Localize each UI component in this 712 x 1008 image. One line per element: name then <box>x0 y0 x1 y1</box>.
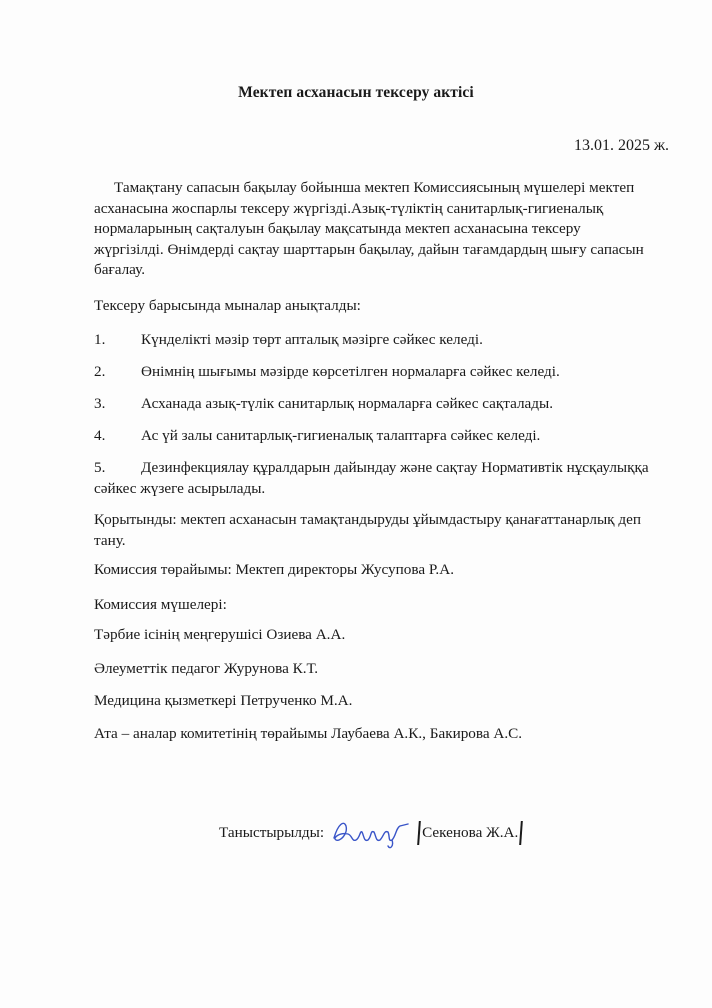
document-date: 13.01. 2025 ж. <box>574 137 669 155</box>
document-page: Мектеп асханасын тексеру актісі 13.01. 2… <box>0 0 712 1008</box>
finding-text: Асханада азық-түлік санитарлық нормаларғ… <box>94 394 654 415</box>
finding-text: Күнделікті мәзір төрт апталық мәзірге сә… <box>94 330 654 351</box>
finding-item: 1. Күнделікті мәзір төрт апталық мәзірге… <box>94 330 654 351</box>
member-line: Тәрбие ісінің меңгерушісі Озиева А.А. <box>94 626 345 644</box>
member-line: Ата – аналар комитетінің төрайымы Лаубае… <box>94 725 522 743</box>
finding-number: 5. <box>94 458 105 479</box>
finding-text: Өнімнің шығымы мәзірде көрсетілген норма… <box>94 362 654 383</box>
acknowledgement-row: Таныстырылды: Секенова Ж.А. <box>219 816 524 850</box>
finding-number: 2. <box>94 362 105 383</box>
findings-heading: Тексеру барысында мыналар анықталды: <box>94 296 654 317</box>
finding-text: Ас үй залы санитарлық-гигиеналық талапта… <box>94 426 654 447</box>
finding-item: 4. Ас үй залы санитарлық-гигиеналық тала… <box>94 426 654 447</box>
signature-stroke <box>417 821 421 845</box>
finding-item: 5. Дезинфекциялау құралдарын дайындау жә… <box>94 458 654 499</box>
signature-stroke <box>519 821 523 845</box>
finding-item: 2. Өнімнің шығымы мәзірде көрсетілген но… <box>94 362 654 383</box>
finding-number: 1. <box>94 330 105 351</box>
conclusion-paragraph: Қорытынды: мектеп асханасын тамақтандыру… <box>94 510 654 551</box>
finding-text: Дезинфекциялау құралдарын дайындау және … <box>94 458 654 499</box>
acknowledged-name: Секенова Ж.А. <box>422 824 518 842</box>
document-title: Мектеп асханасын тексеру актісі <box>0 84 712 102</box>
member-line: Әлеуметтік педагог Журунова К.Т. <box>94 660 318 678</box>
finding-number: 3. <box>94 394 105 415</box>
members-heading: Комиссия мүшелері: <box>94 596 227 614</box>
handwritten-signature-icon <box>330 816 416 850</box>
acknowledged-label: Таныстырылды: <box>219 824 324 842</box>
member-line: Медицина қызметкері Петрученко М.А. <box>94 692 352 710</box>
finding-number: 4. <box>94 426 105 447</box>
commission-chair: Комиссия төрайымы: Мектеп директоры Жусу… <box>94 561 454 579</box>
intro-paragraph: Тамақтану сапасын бақылау бойынша мектеп… <box>94 178 654 281</box>
finding-item: 3. Асханада азық-түлік санитарлық нормал… <box>94 394 654 415</box>
